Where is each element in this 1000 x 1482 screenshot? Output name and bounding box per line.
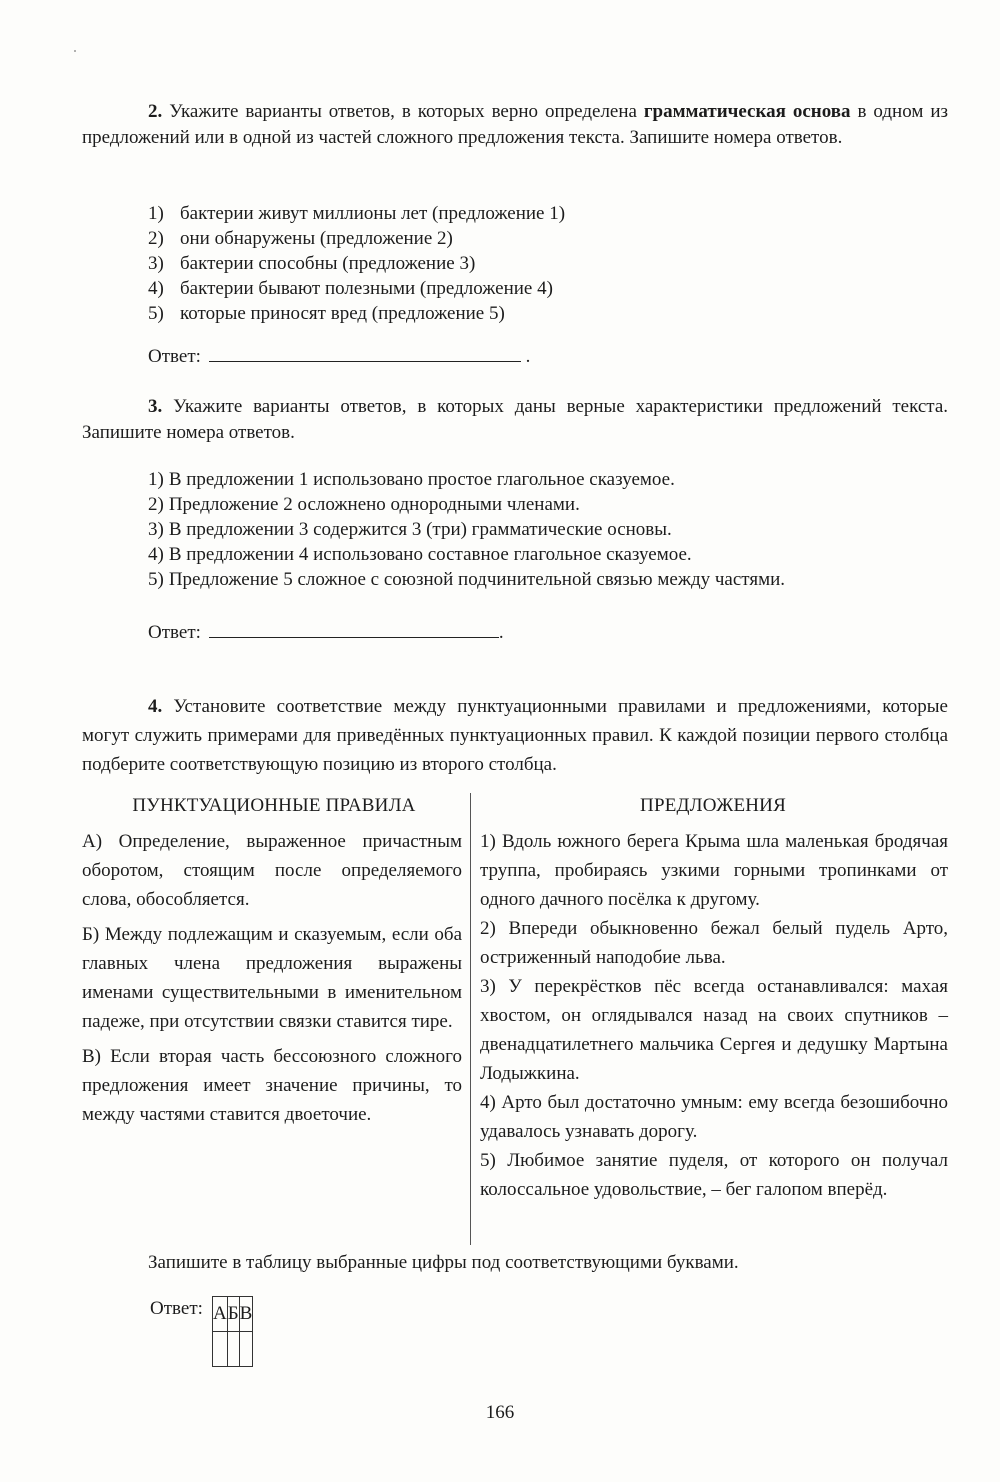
rule-v: В) Если вторая часть бессоюзного сложног… <box>82 1042 462 1129</box>
sentence-1: 1) Вдоль южного берега Крыма шла маленьк… <box>480 827 948 914</box>
q3-answer-label: Ответ: <box>148 622 201 643</box>
q2-option-1: 1)бактерии живут миллионы лет (предложен… <box>148 201 565 226</box>
column-divider <box>470 793 471 1245</box>
answer-cell-b[interactable] <box>227 1332 239 1367</box>
q2-option-4: 4)бактерии бывают полезными (предложение… <box>148 276 565 301</box>
q2-option-2: 2)они обнаружены (предложение 2) <box>148 226 565 251</box>
q3-answer: Ответ:. <box>148 619 504 646</box>
q2-prompt: 2. Укажите варианты ответов, в которых в… <box>82 99 948 151</box>
answer-table: А Б В <box>212 1296 253 1367</box>
answer-header-b: Б <box>227 1297 239 1332</box>
q2-option-3: 3)бактерии способны (предложение 3) <box>148 251 565 276</box>
page-number: 166 <box>0 1402 1000 1424</box>
textbook-page: 2. Укажите варианты ответов, в которых в… <box>0 0 1000 1482</box>
q4-answer-label: Ответ: <box>150 1298 203 1320</box>
q3-option-1: 1)В предложении 1 использовано простое г… <box>148 467 785 492</box>
q3-number: 3. <box>148 396 162 417</box>
answer-table-header-row: А Б В <box>213 1297 253 1332</box>
answer-table-value-row <box>213 1332 253 1367</box>
q2-answer-label: Ответ: <box>148 346 201 367</box>
q3-option-5: 5)Предложение 5 сложное с союзной подчин… <box>148 567 785 592</box>
q2-options: 1)бактерии живут миллионы лет (предложен… <box>148 201 565 326</box>
q3-option-3: 3)В предложении 3 содержится 3 (три) гра… <box>148 517 785 542</box>
sentences-column: 1) Вдоль южного берега Крыма шла маленьк… <box>480 827 948 1204</box>
q3-text: Укажите варианты ответов, в которых даны… <box>82 396 948 443</box>
sentence-5: 5) Любимое занятие пуделя, от которого о… <box>480 1146 948 1204</box>
answer-cell-v[interactable] <box>239 1332 253 1367</box>
q2-number: 2. <box>148 101 162 122</box>
q4-prompt: 4. Установите соответствие между пунктуа… <box>82 692 948 779</box>
sentences-column-header: ПРЕДЛОЖЕНИЯ <box>478 793 948 819</box>
q2-answer: Ответ: . <box>148 343 530 370</box>
q3-answer-field[interactable] <box>209 619 499 638</box>
sentence-3: 3) У перекрёстков пёс всегда останавлива… <box>480 972 948 1088</box>
rule-b: Б) Между подлежащим и сказуемым, если об… <box>82 920 462 1036</box>
q4-text: Установите соответствие между пунктуацио… <box>82 696 948 775</box>
q2-text-before: Укажите варианты ответов, в которых верн… <box>162 101 644 122</box>
q3-option-4: 4)В предложении 4 использовано составное… <box>148 542 785 567</box>
answer-header-a: А <box>213 1297 228 1332</box>
q3-option-2: 2)Предложение 2 осложнено однородными чл… <box>148 492 785 517</box>
q3-prompt: 3. Укажите варианты ответов, в которых д… <box>82 394 948 446</box>
q2-answer-field[interactable] <box>209 343 521 362</box>
q2-option-5: 5)которые приносят вред (предложение 5) <box>148 301 565 326</box>
answer-header-v: В <box>239 1297 253 1332</box>
rule-a: А) Определение, выраженное причастным об… <box>82 827 462 914</box>
scan-speck <box>74 50 76 52</box>
q4-number: 4. <box>148 696 162 717</box>
rules-column: А) Определение, выраженное причастным об… <box>82 827 462 1135</box>
q4-instruction: Запишите в таблицу выбранные цифры под с… <box>148 1250 739 1276</box>
answer-cell-a[interactable] <box>213 1332 228 1367</box>
q3-options: 1)В предложении 1 использовано простое г… <box>148 467 785 592</box>
sentence-2: 2) Впереди обыкновенно бежал белый пудел… <box>480 914 948 972</box>
rules-column-header: ПУНКТУАЦИОННЫЕ ПРАВИЛА <box>82 793 466 819</box>
q2-text-bold: грамматическая основа <box>644 101 851 122</box>
sentence-4: 4) Арто был достаточно умным: ему всегда… <box>480 1088 948 1146</box>
